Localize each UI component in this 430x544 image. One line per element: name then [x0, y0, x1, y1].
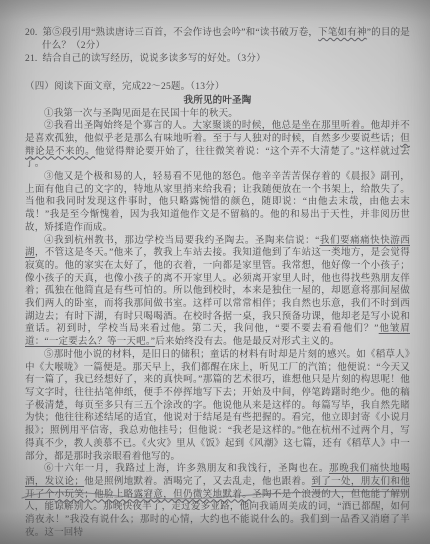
- essay-paragraph-3: ③他又是个极和易的人，轻易看不见他的怒色。他辛辛苦苦保存着的《晨报》副刊，上面有…: [25, 171, 410, 235]
- pen-marked-text: 下笔如有神: [318, 28, 367, 38]
- question-text: 第⑤段引用“熟读唐诗三百首，不会作诗也会吟”和“读书破万卷，下笔如有神”的目的是…: [42, 28, 410, 51]
- text-segment: ，不管这是冬天。”他来了，教我上车站去接。我知道他到了车站这一类地方，是会觉得寂…: [25, 248, 410, 334]
- text-segment: 他是照例地默着。酒喝完了，又去乱走，他也跟着。: [84, 477, 311, 487]
- section-header: （四）阅读下面文章，完成22～25题。（13分）: [25, 81, 410, 94]
- text-segment: 结合自己的读写经历，说说多读多写的好处。（3分）: [42, 54, 265, 64]
- text-segment: ④我到杭州教书，那边学校当局要我约圣陶去。圣陶来信说：“: [44, 236, 320, 246]
- text-segment: ②我看出圣陶始终是个寡言的人。: [44, 121, 192, 131]
- essay-paragraph-5: ⑤那时他小说的材料，是旧日的储积；童话的材料有时却是片刻的感兴。如《稻草人》中《…: [25, 349, 410, 463]
- question-number: 21.: [25, 54, 37, 64]
- text-segment: ①我第一次与圣陶见面是在民国十年的秋天。: [44, 109, 238, 119]
- question-number: 20.: [25, 28, 37, 38]
- essay-title: 我所见的叶圣陶: [25, 95, 410, 108]
- text-segment: ③他又是个极和易的人，轻易看不见他的怒色。他辛辛苦苦保存着的《晨报》副刊，上面有…: [25, 172, 410, 233]
- text-segment: ⑥十六年一月，我路过上海，许多熟朋友和我饯行，圣陶也在。: [44, 464, 329, 474]
- text-segment: 第⑤段引用“熟读唐诗三百首，不会作诗也会吟”和“读书破万卷，: [42, 28, 318, 38]
- pen-marked-text: 小玩笑；他脸上略露窘意，但仍微笑地默着。: [55, 490, 253, 500]
- essay-paragraph-1: ①我第一次与圣陶见面是在民国十年的秋天。: [25, 108, 410, 121]
- question-21: 21.结合自己的读写经历，说说多读多写的好处。（3分）: [25, 53, 410, 66]
- page-content: 20.第⑤段引用“熟读唐诗三百首，不会作诗也会吟”和“读书破万卷，下笔如有神”的…: [0, 0, 430, 539]
- essay-paragraph-4: ④我到杭州教书，那边学校当局要我约圣陶去。圣陶来信说：“我们要痛痛快快游西湖，不…: [25, 235, 410, 349]
- question-20: 20.第⑤段引用“熟读唐诗三百首，不会作诗也会吟”和“读书破万卷，下笔如有神”的…: [25, 27, 410, 52]
- question-text: 结合自己的读写经历，说说多读多写的好处。（3分）: [42, 54, 265, 64]
- text-segment: ⑤那时他小说的材料，是旧日的储积；童话的材料有时却是片刻的感兴。如《稻草人》中《…: [25, 350, 410, 462]
- pen-marked-text: 大家聚谈的时候，他总是坐在那里听着。: [192, 121, 370, 131]
- exam-paper-photo: 20.第⑤段引用“熟读唐诗三百首，不会作诗也会吟”和“读书破万卷，下笔如有神”的…: [0, 0, 430, 544]
- essay-paragraph-6: ⑥十六年一月，我路过上海，许多熟朋友和我饯行，圣陶也在。那晚我们痛快地喝酒，发议…: [25, 463, 410, 539]
- text-segment: 后来始终没有去。他是最反对形式主义的。: [155, 337, 339, 347]
- essay-paragraph-2: ②我看出圣陶始终是个寡言的人。大家聚谈的时候，他总是坐在那里听着。他却并不是喜欢…: [25, 120, 410, 171]
